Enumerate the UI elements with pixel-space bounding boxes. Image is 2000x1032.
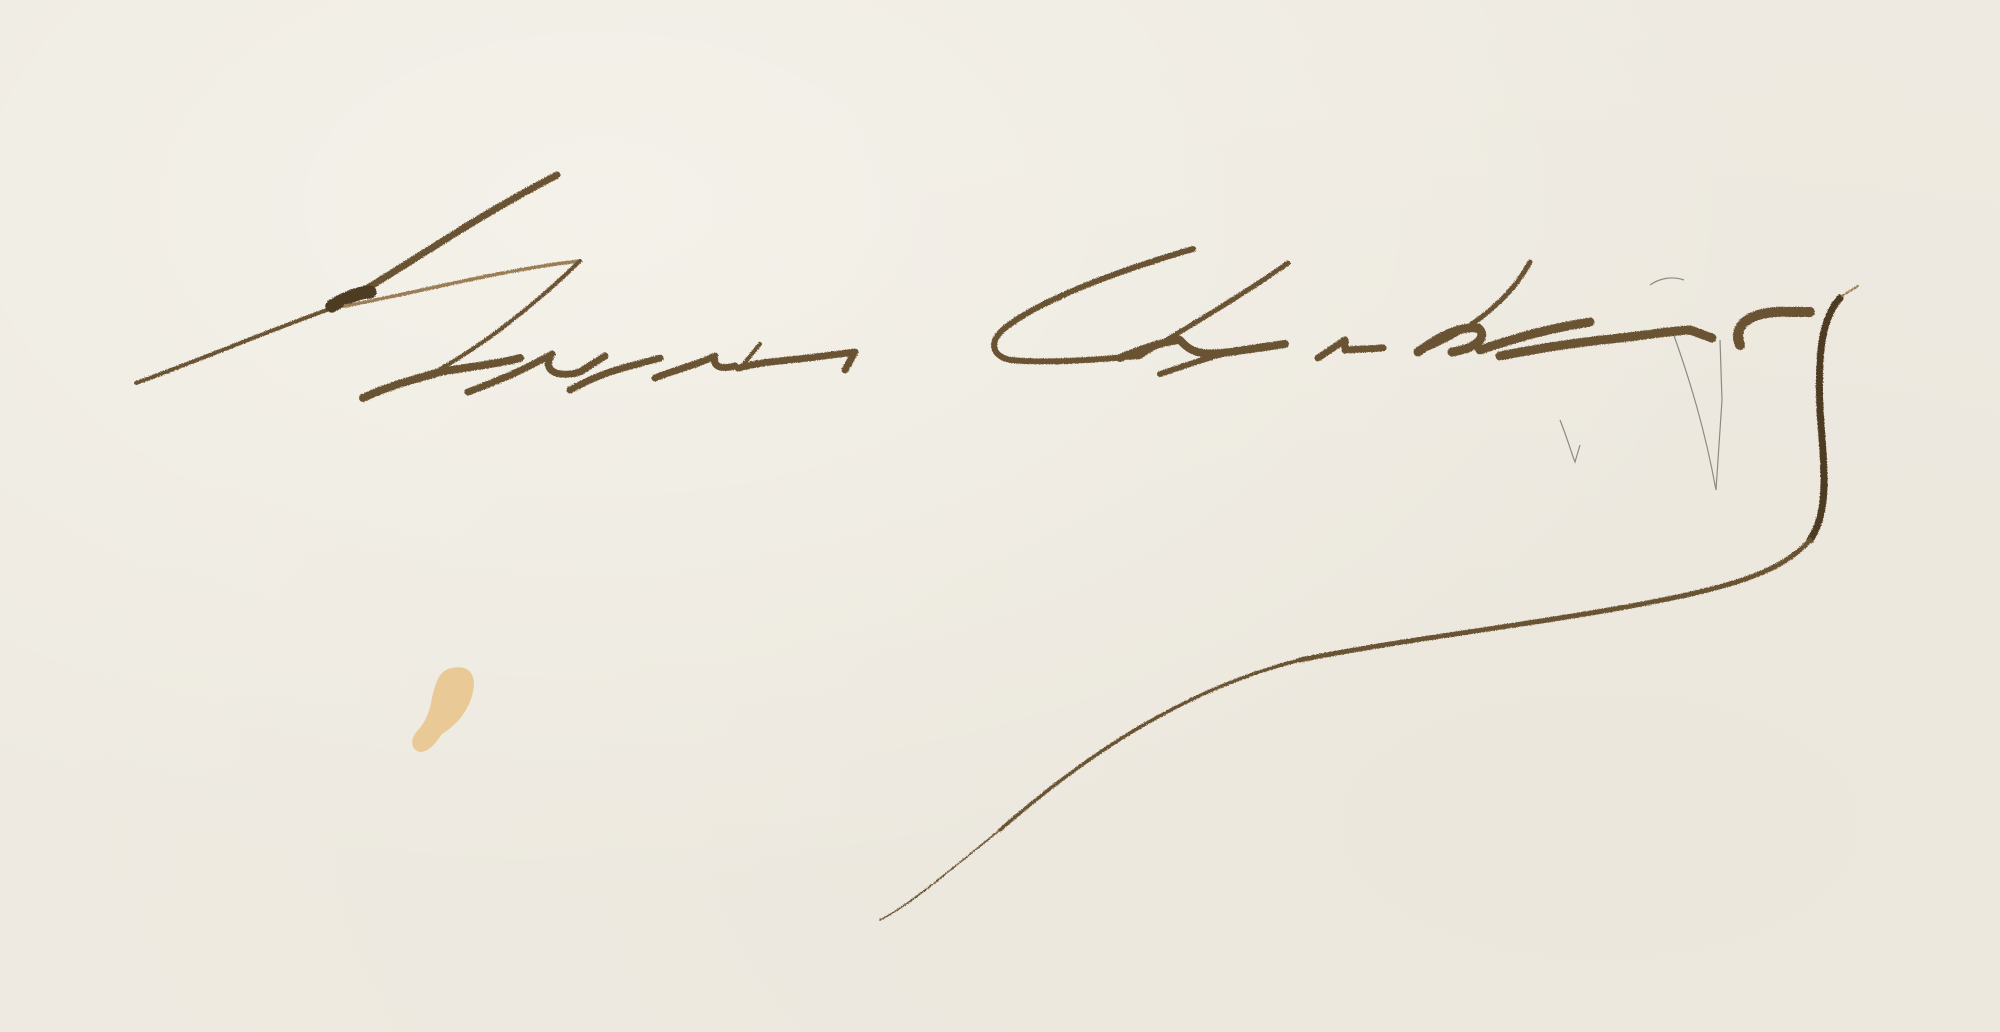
signature-first-name: [136, 175, 855, 398]
signature-surname: [880, 249, 1858, 920]
pencil-marks: [1560, 278, 1722, 490]
ink-stain: [412, 667, 474, 752]
signature-artwork: [0, 0, 2000, 1032]
